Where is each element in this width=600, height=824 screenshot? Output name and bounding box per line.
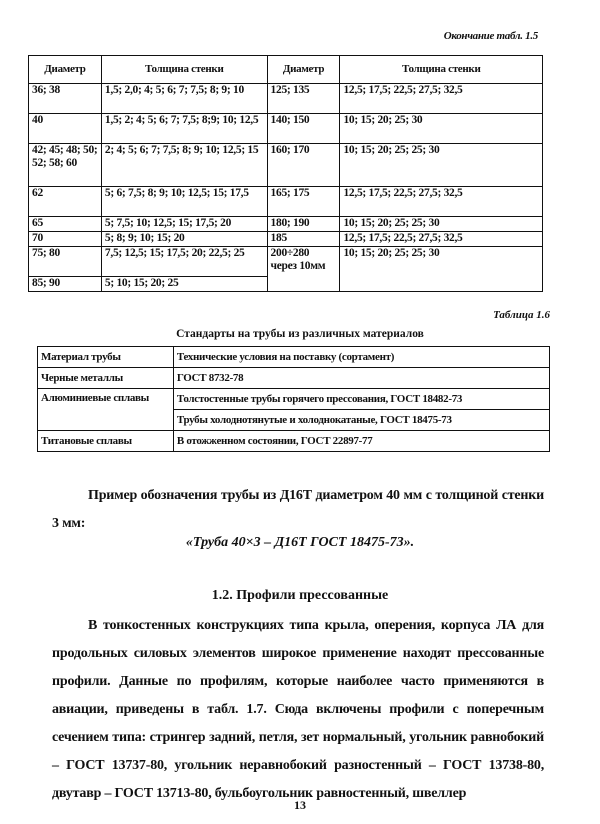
diameter-cell: 62 [29, 187, 102, 217]
table-row: Алюминиевые сплавы Толстостенные трубы г… [38, 389, 550, 410]
pipe-standards-table: Материал трубы Технические условия на по… [37, 346, 550, 452]
header-thickness: Толщина стенки [101, 56, 267, 84]
diameter-cell: 36; 38 [29, 84, 102, 114]
section-heading: 1.2. Профили прессованные [0, 588, 600, 604]
table-number: Таблица 1.6 [493, 309, 550, 321]
thickness-cell: 2; 4; 5; 6; 7; 7,5; 8; 9; 10; 12,5; 15 [101, 144, 267, 187]
section-paragraph: В тонкостенных конструкциях типа крыла, … [52, 612, 544, 808]
thickness-cell: 1,5; 2,0; 4; 5; 6; 7; 7,5; 8; 9; 10 [101, 84, 267, 114]
thickness-cell: 10; 15; 20; 25; 30 [340, 114, 543, 144]
diameter-cell: 42; 45; 48; 50; 52; 58; 60 [29, 144, 102, 187]
diameter-cell: 140; 150 [267, 114, 340, 144]
material-cell: Титановые сплавы [38, 431, 174, 452]
header-material: Материал трубы [38, 347, 174, 368]
thickness-cell: 10; 15; 20; 25; 25; 30 [340, 144, 543, 187]
thickness-cell: 5; 10; 15; 20; 25 [101, 277, 267, 292]
diameter-cell: 165; 175 [267, 187, 340, 217]
table-title: Стандарты на трубы из различных материал… [0, 328, 600, 340]
header-diameter: Диаметр [267, 56, 340, 84]
table-row: Черные металлы ГОСТ 8732-78 [38, 368, 550, 389]
thickness-cell: 12,5; 17,5; 22,5; 27,5; 32,5 [340, 187, 543, 217]
spec-cell: Трубы холоднотянутые и холоднокатаные, Г… [173, 410, 549, 431]
diameter-cell: 180; 190 [267, 217, 340, 232]
table-header-row: Диаметр Толщина стенки Диаметр Толщина с… [29, 56, 543, 84]
table-row: 36; 38 1,5; 2,0; 4; 5; 6; 7; 7,5; 8; 9; … [29, 84, 543, 114]
table-row: 75; 80 7,5; 12,5; 15; 17,5; 20; 22,5; 25… [29, 247, 543, 277]
header-spec: Технические условия на поставку (сортаме… [173, 347, 549, 368]
material-cell: Черные металлы [38, 368, 174, 389]
diameter-cell: 185 [267, 232, 340, 247]
thickness-cell: 10; 15; 20; 25; 25; 30 [340, 247, 543, 292]
page-number: 13 [0, 798, 600, 813]
header-thickness: Толщина стенки [340, 56, 543, 84]
thickness-cell: 12,5; 17,5; 22,5; 27,5; 32,5 [340, 84, 543, 114]
diameter-cell: 75; 80 [29, 247, 102, 277]
thickness-cell: 7,5; 12,5; 15; 17,5; 20; 22,5; 25 [101, 247, 267, 277]
diameter-cell: 125; 135 [267, 84, 340, 114]
spec-cell: Толстостенные трубы горячего прессования… [173, 389, 549, 410]
table-row: Титановые сплавы В отожженном состоянии,… [38, 431, 550, 452]
table-row: 65 5; 7,5; 10; 12,5; 15; 17,5; 20 180; 1… [29, 217, 543, 232]
thickness-cell: 12,5; 17,5; 22,5; 27,5; 32,5 [340, 232, 543, 247]
wall-thickness-table: Диаметр Толщина стенки Диаметр Толщина с… [28, 55, 543, 292]
table-header-row: Материал трубы Технические условия на по… [38, 347, 550, 368]
diameter-cell: 70 [29, 232, 102, 247]
header-diameter: Диаметр [29, 56, 102, 84]
thickness-cell: 1,5; 2; 4; 5; 6; 7; 7,5; 8;9; 10; 12,5 [101, 114, 267, 144]
diameter-cell: 40 [29, 114, 102, 144]
table-row: 42; 45; 48; 50; 52; 58; 60 2; 4; 5; 6; 7… [29, 144, 543, 187]
diameter-cell: 65 [29, 217, 102, 232]
thickness-cell: 10; 15; 20; 25; 25; 30 [340, 217, 543, 232]
diameter-cell: 160; 170 [267, 144, 340, 187]
diameter-cell: 85; 90 [29, 277, 102, 292]
example-paragraph: Пример обозначения трубы из Д16Т диаметр… [52, 482, 544, 538]
spec-cell: ГОСТ 8732-78 [173, 368, 549, 389]
diameter-cell: 200÷280 через 10мм [267, 247, 340, 292]
material-cell: Алюминиевые сплавы [38, 389, 174, 431]
table-row: 62 5; 6; 7,5; 8; 9; 10; 12,5; 15; 17,5 1… [29, 187, 543, 217]
thickness-cell: 5; 6; 7,5; 8; 9; 10; 12,5; 15; 17,5 [101, 187, 267, 217]
table-row: 40 1,5; 2; 4; 5; 6; 7; 7,5; 8;9; 10; 12,… [29, 114, 543, 144]
example-formula: «Труба 40×3 – Д16Т ГОСТ 18475-73». [0, 535, 600, 551]
spec-cell: В отожженном состоянии, ГОСТ 22897-77 [173, 431, 549, 452]
thickness-cell: 5; 7,5; 10; 12,5; 15; 17,5; 20 [101, 217, 267, 232]
table-row: 70 5; 8; 9; 10; 15; 20 185 12,5; 17,5; 2… [29, 232, 543, 247]
table-continuation-note: Окончание табл. 1.5 [444, 30, 538, 42]
thickness-cell: 5; 8; 9; 10; 15; 20 [101, 232, 267, 247]
